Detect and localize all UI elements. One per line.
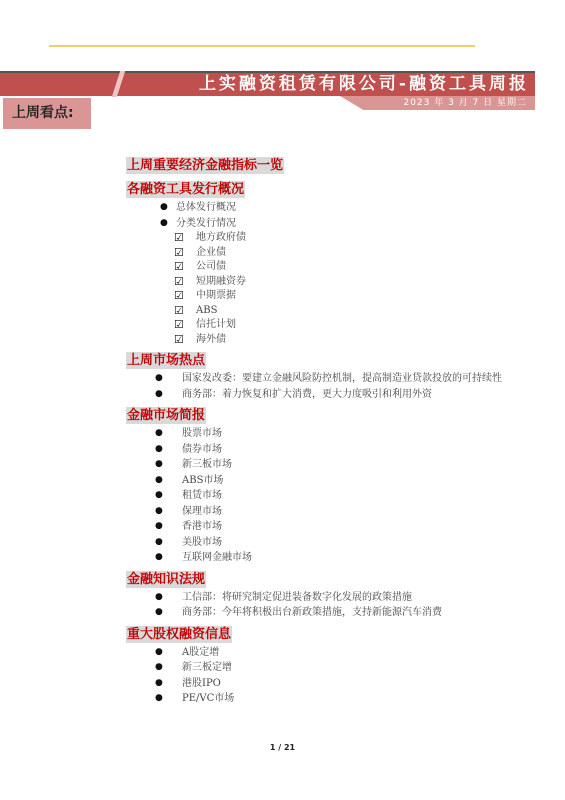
toc-section: 金融市场简报 股票市场 债券市场 新三板市场 ABS市场 租赁市场 保理市场 香… (126, 404, 526, 566)
list-item[interactable]: 美股市场 (126, 535, 526, 551)
list-item[interactable]: 租赁市场 (126, 488, 526, 504)
list-item[interactable]: 保理市场 (126, 504, 526, 520)
checklist-item[interactable]: ABS (126, 304, 526, 319)
checklist-item[interactable]: 中期票据 (126, 289, 526, 304)
report-date: 2023 年 3 月 7 日 星期二 (403, 96, 527, 110)
checklist-item[interactable]: 企业债 (126, 246, 526, 261)
checklist-item[interactable]: 信托计划 (126, 318, 526, 333)
checklist-item[interactable]: 公司债 (126, 260, 526, 275)
section-heading[interactable]: 各融资工具发行概况 (126, 181, 245, 198)
list-item[interactable]: 商务部：着力恢复和扩大消费，更大力度吸引和利用外资 (126, 387, 526, 403)
list-item[interactable]: ABS市场 (126, 473, 526, 489)
report-title: 上实融资租赁有限公司-融资工具周报 (199, 72, 529, 96)
list-item[interactable]: 商务部：今年将积极出台新政策措施，支持新能源汽车消费 (126, 605, 526, 621)
toc-section: 重大股权融资信息 A股定增 新三板定增 港股IPO PE/VC市场 (126, 623, 526, 707)
section-heading[interactable]: 金融知识法规 (126, 571, 206, 588)
toc-section: 上周重要经济金融指标一览 (126, 154, 526, 176)
checklist-item[interactable]: 地方政府债 (126, 231, 526, 246)
list-item[interactable]: 分类发行情况 (126, 216, 526, 232)
list-item[interactable]: 互联网金融市场 (126, 550, 526, 566)
header-rule (49, 45, 475, 47)
section-heading[interactable]: 上周市场热点 (126, 352, 206, 369)
page-number: 1 / 21 (0, 743, 565, 752)
section-heading[interactable]: 上周重要经济金融指标一览 (126, 157, 284, 174)
list-item[interactable]: 港股IPO (126, 676, 526, 692)
list-item[interactable]: 股票市场 (126, 426, 526, 442)
list-item[interactable]: 新三板市场 (126, 457, 526, 473)
list-item[interactable]: 新三板定增 (126, 660, 526, 676)
list-item[interactable]: 总体发行概况 (126, 200, 526, 216)
week-label: 上周看点: (12, 98, 74, 129)
section-heading[interactable]: 重大股权融资信息 (126, 626, 232, 643)
list-item[interactable]: 国家发改委：要建立金融风险防控机制，提高制造业贷款投放的可持续性 (126, 371, 526, 387)
list-item[interactable]: A股定增 (126, 645, 526, 661)
table-of-contents: 上周重要经济金融指标一览 各融资工具发行概况 总体发行概况 分类发行情况 地方政… (126, 154, 526, 709)
list-item[interactable]: PE/VC市场 (126, 691, 526, 707)
toc-section: 各融资工具发行概况 总体发行概况 分类发行情况 地方政府债 企业债 公司债 短期… (126, 178, 526, 347)
checklist-item[interactable]: 海外债 (126, 333, 526, 348)
checklist-item[interactable]: 短期融资券 (126, 275, 526, 290)
list-item[interactable]: 债券市场 (126, 442, 526, 458)
toc-section: 金融知识法规 工信部：将研究制定促进装备数字化发展的政策措施 商务部：今年将积极… (126, 568, 526, 621)
list-item[interactable]: 香港市场 (126, 519, 526, 535)
toc-section: 上周市场热点 国家发改委：要建立金融风险防控机制，提高制造业贷款投放的可持续性 … (126, 349, 526, 402)
section-heading[interactable]: 金融市场简报 (126, 407, 206, 424)
list-item[interactable]: 工信部：将研究制定促进装备数字化发展的政策措施 (126, 590, 526, 606)
